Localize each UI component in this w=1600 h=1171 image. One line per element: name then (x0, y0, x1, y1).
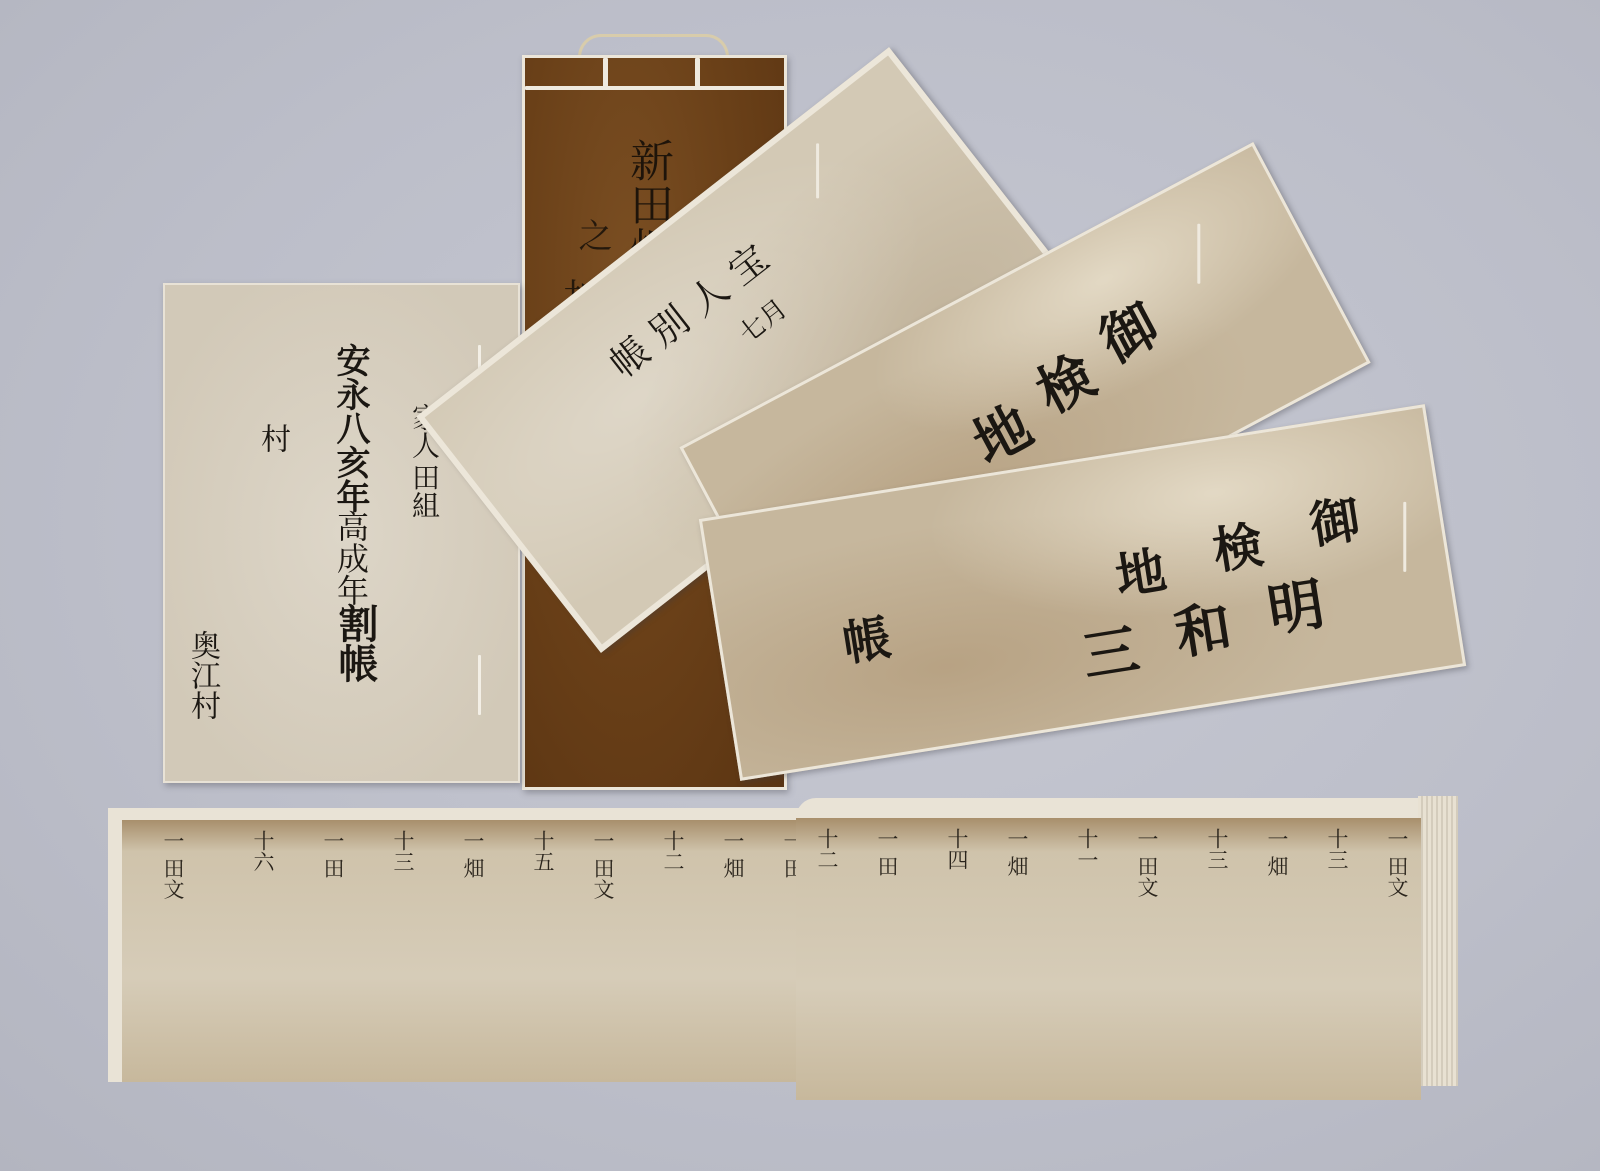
fan1-col-2: 人 (682, 269, 735, 322)
fan3-char-3: 三 (1079, 621, 1143, 685)
fan3-char-7: 帳 (840, 614, 895, 669)
left-cover-col-mid: 村 (257, 423, 287, 453)
binding-cord (578, 34, 729, 57)
fan3-char-5: 検 (1209, 520, 1266, 577)
fan3-char-4: 御 (1307, 494, 1364, 551)
fan3-char-2: 和 (1171, 599, 1235, 663)
fan1-col-5: 七月 (735, 295, 792, 348)
brown-cover-col-3: 之 (575, 218, 609, 252)
ledger-right-page: 一 田文 十三 一 畑 十三 一 田文 十一 一 畑 十四 一 田 十二 (796, 818, 1421, 1100)
left-cover-title: 安永八亥年 (333, 343, 367, 513)
fan1-col-4: 帳 (603, 331, 656, 384)
left-cover-title-3: 割帳 (335, 603, 375, 683)
fan2-char-1: 御 (1092, 296, 1168, 372)
fan3-char-1: 明 (1264, 576, 1328, 640)
fan2-char-3: 地 (965, 397, 1041, 473)
open-ledger: 一 田 一 畑 十二 一 田文 十五 一 畑 十三 一 田 十六 一 田文 一 … (108, 808, 1458, 1108)
left-cover-title-2: 高成年 (335, 510, 367, 606)
left-cover-col-right-2: 田組 (410, 463, 438, 519)
fan1-col-3: 別 (643, 300, 696, 353)
fan3-char-6: 地 (1112, 545, 1169, 602)
left-booklet: 安永八亥年 高成年 割帳 家人 田組 村 奥江村 (163, 283, 520, 783)
fan2-char-2: 検 (1028, 346, 1104, 422)
ledger-left-page: 一 田 一 畑 十二 一 田文 十五 一 畑 十三 一 田 十六 一 田文 (108, 820, 798, 1082)
left-cover-village: 奥江村 (187, 630, 217, 720)
fan1-col-1: 宝 (722, 238, 775, 291)
manuscripts-photo: 元文二 新田畑 之 扣 安永八亥年 高成年 割帳 家人 田組 村 奥江村 宝 人… (0, 0, 1600, 1171)
